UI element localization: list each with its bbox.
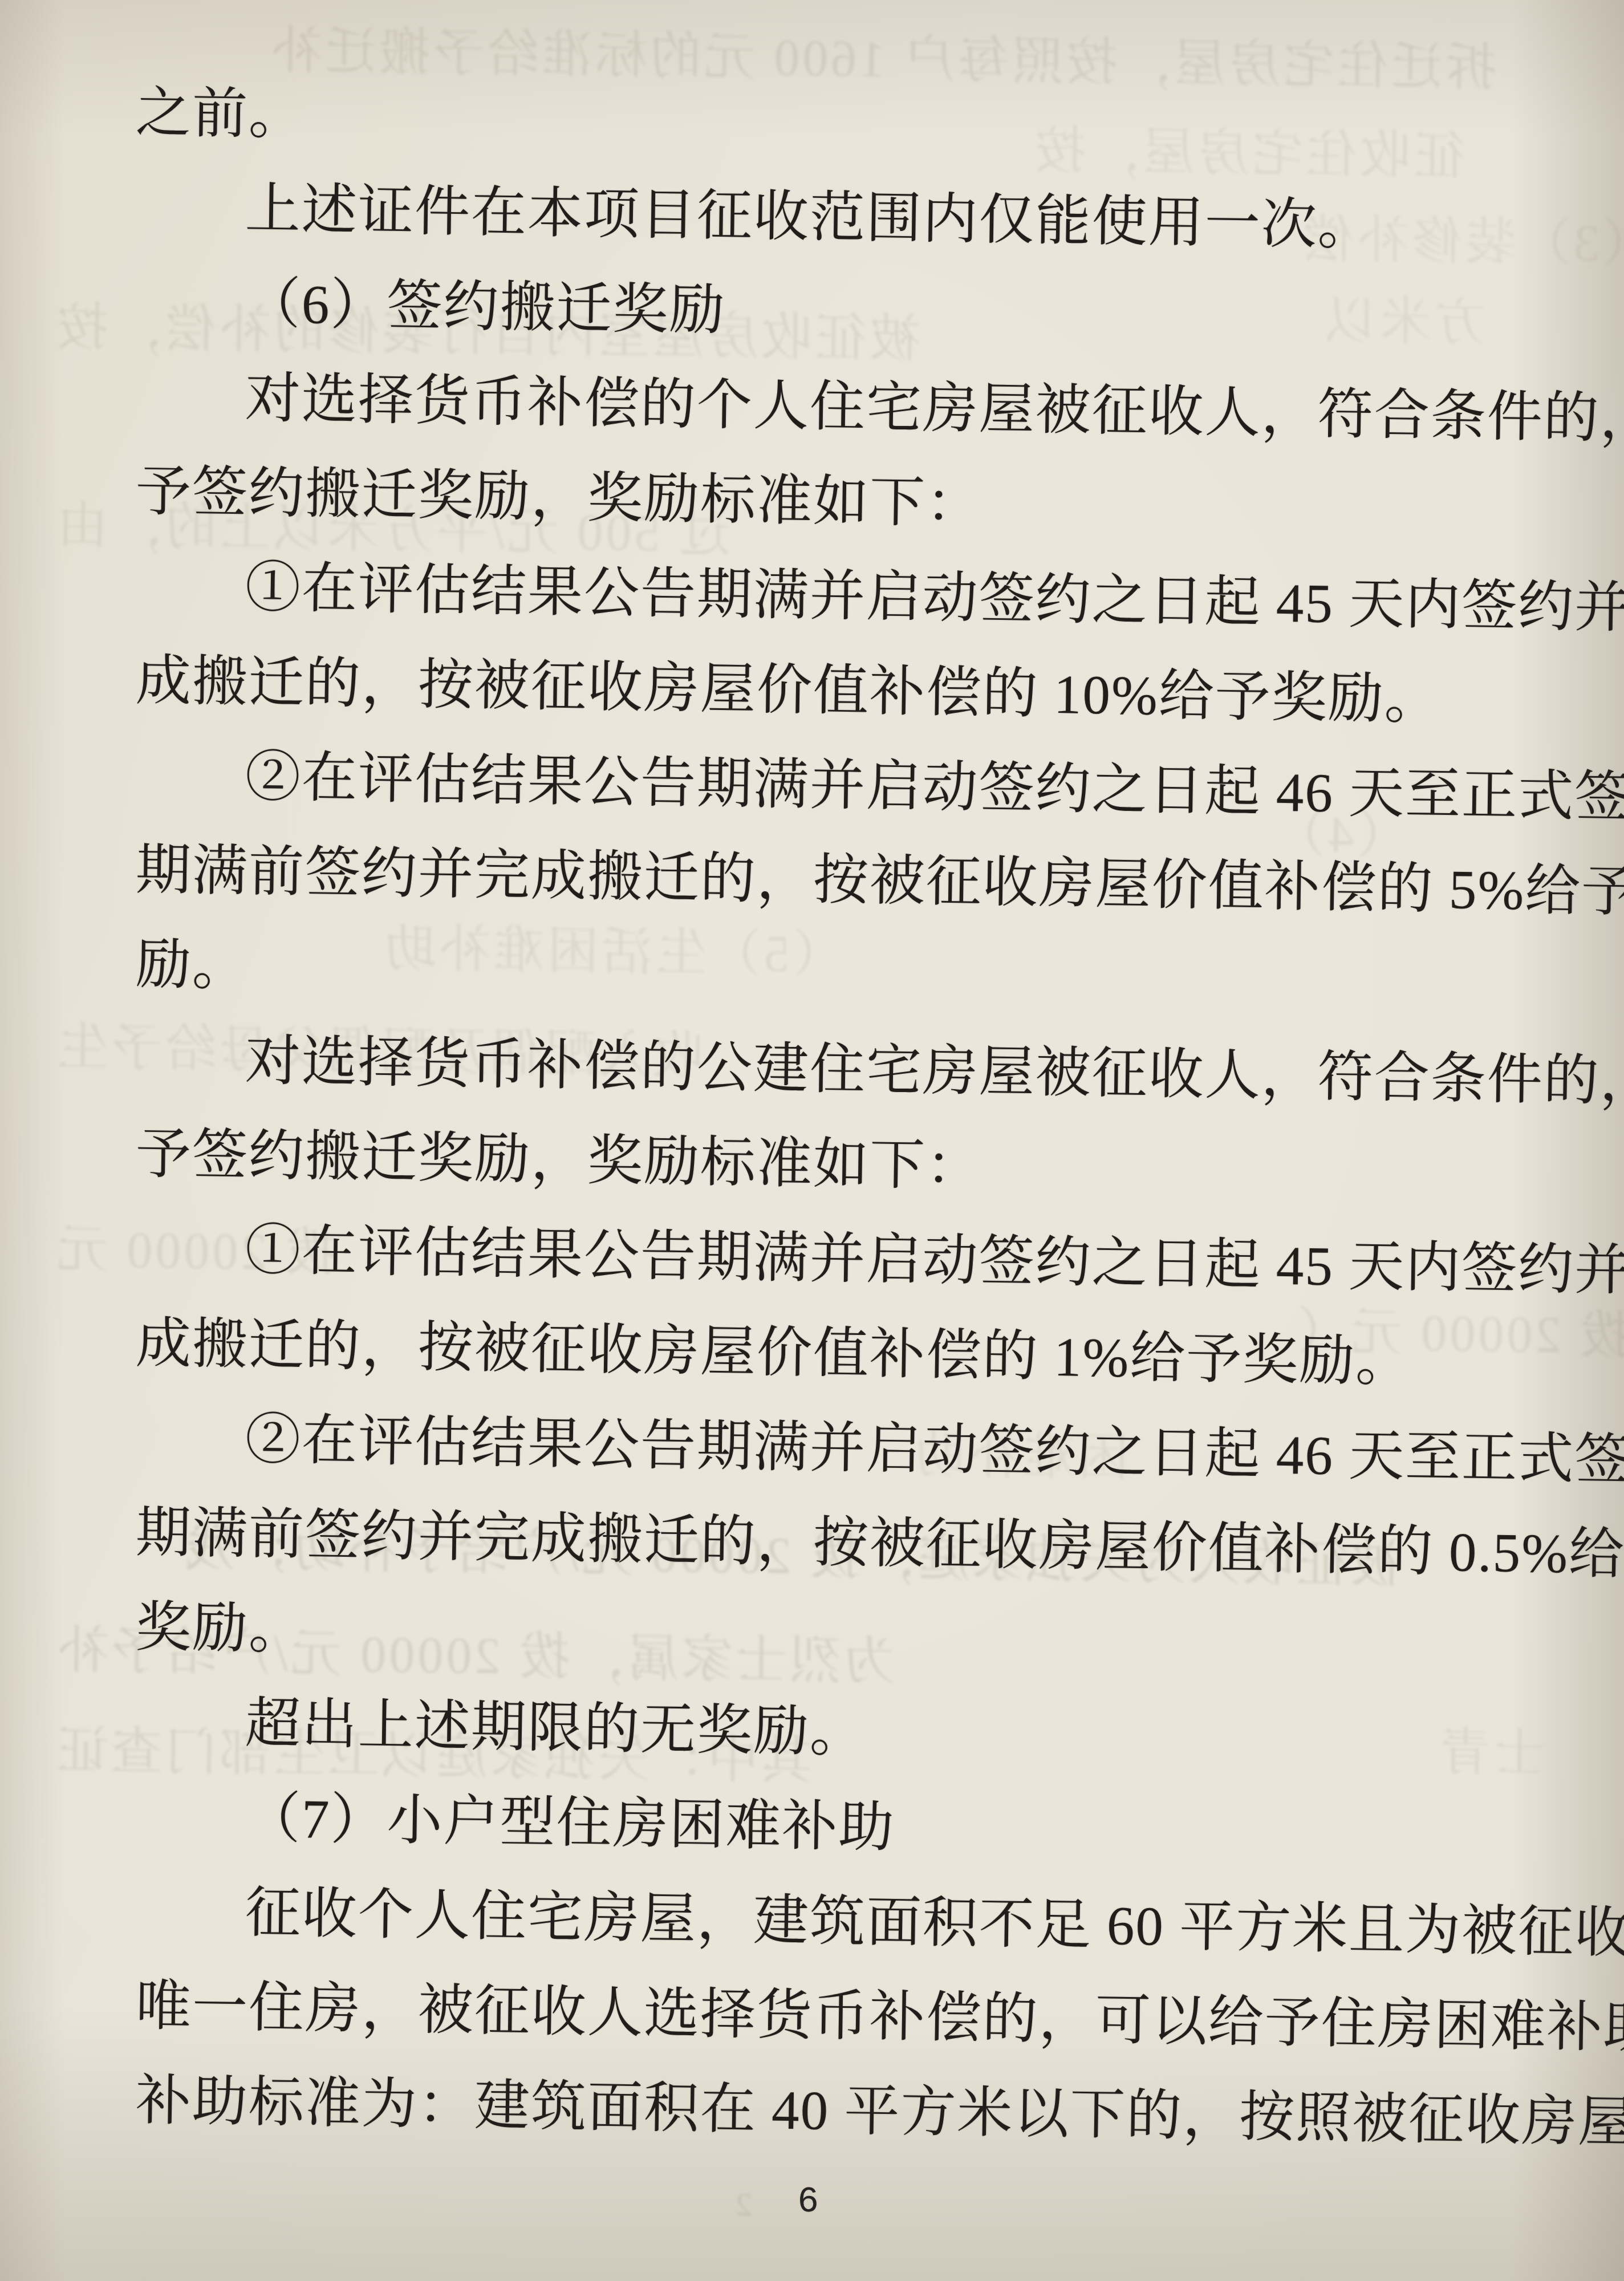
page-number: 6 (798, 2179, 818, 2220)
bleed-through-text: 2 (733, 2185, 753, 2223)
document-photo: 拆迁住宅房屋，按照每户 1600 元的标准给予搬迁补征收住宅房屋，按（3）装修补… (0, 0, 1624, 2281)
text-block: 之前。上述证件在本项目征收范围内仅能使用一次。（6）签约搬迁奖励对选择货币补偿的… (0, 66, 1624, 2148)
